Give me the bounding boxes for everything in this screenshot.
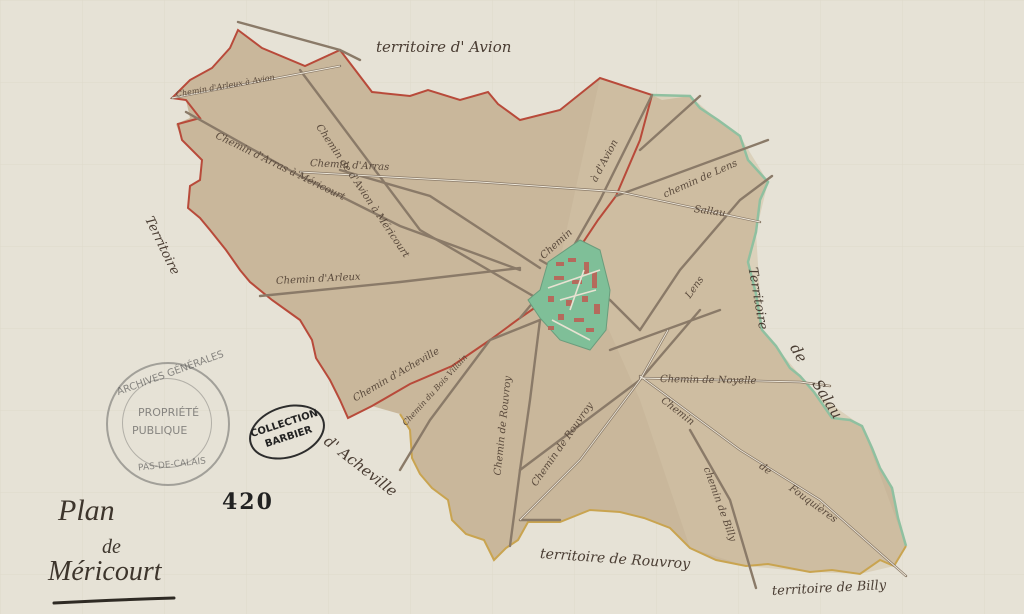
title-plan: Plan xyxy=(58,494,115,528)
stamp-text-mid2: PUBLIQUE xyxy=(132,424,187,437)
catalog-number: 420 xyxy=(222,489,274,515)
road-label-noyelle: Chemin de Noyelle xyxy=(660,374,757,387)
title-mericourt: Méricourt xyxy=(48,556,162,588)
stamp-text-mid1: PROPRIÉTÉ xyxy=(138,406,199,419)
cadastral-map xyxy=(0,0,1024,614)
territory-label-avion: territoire d' Avion xyxy=(376,38,511,56)
archives-stamp: ARCHIVES GÉNÉRALES PROPRIÉTÉ PUBLIQUE PA… xyxy=(106,362,230,486)
